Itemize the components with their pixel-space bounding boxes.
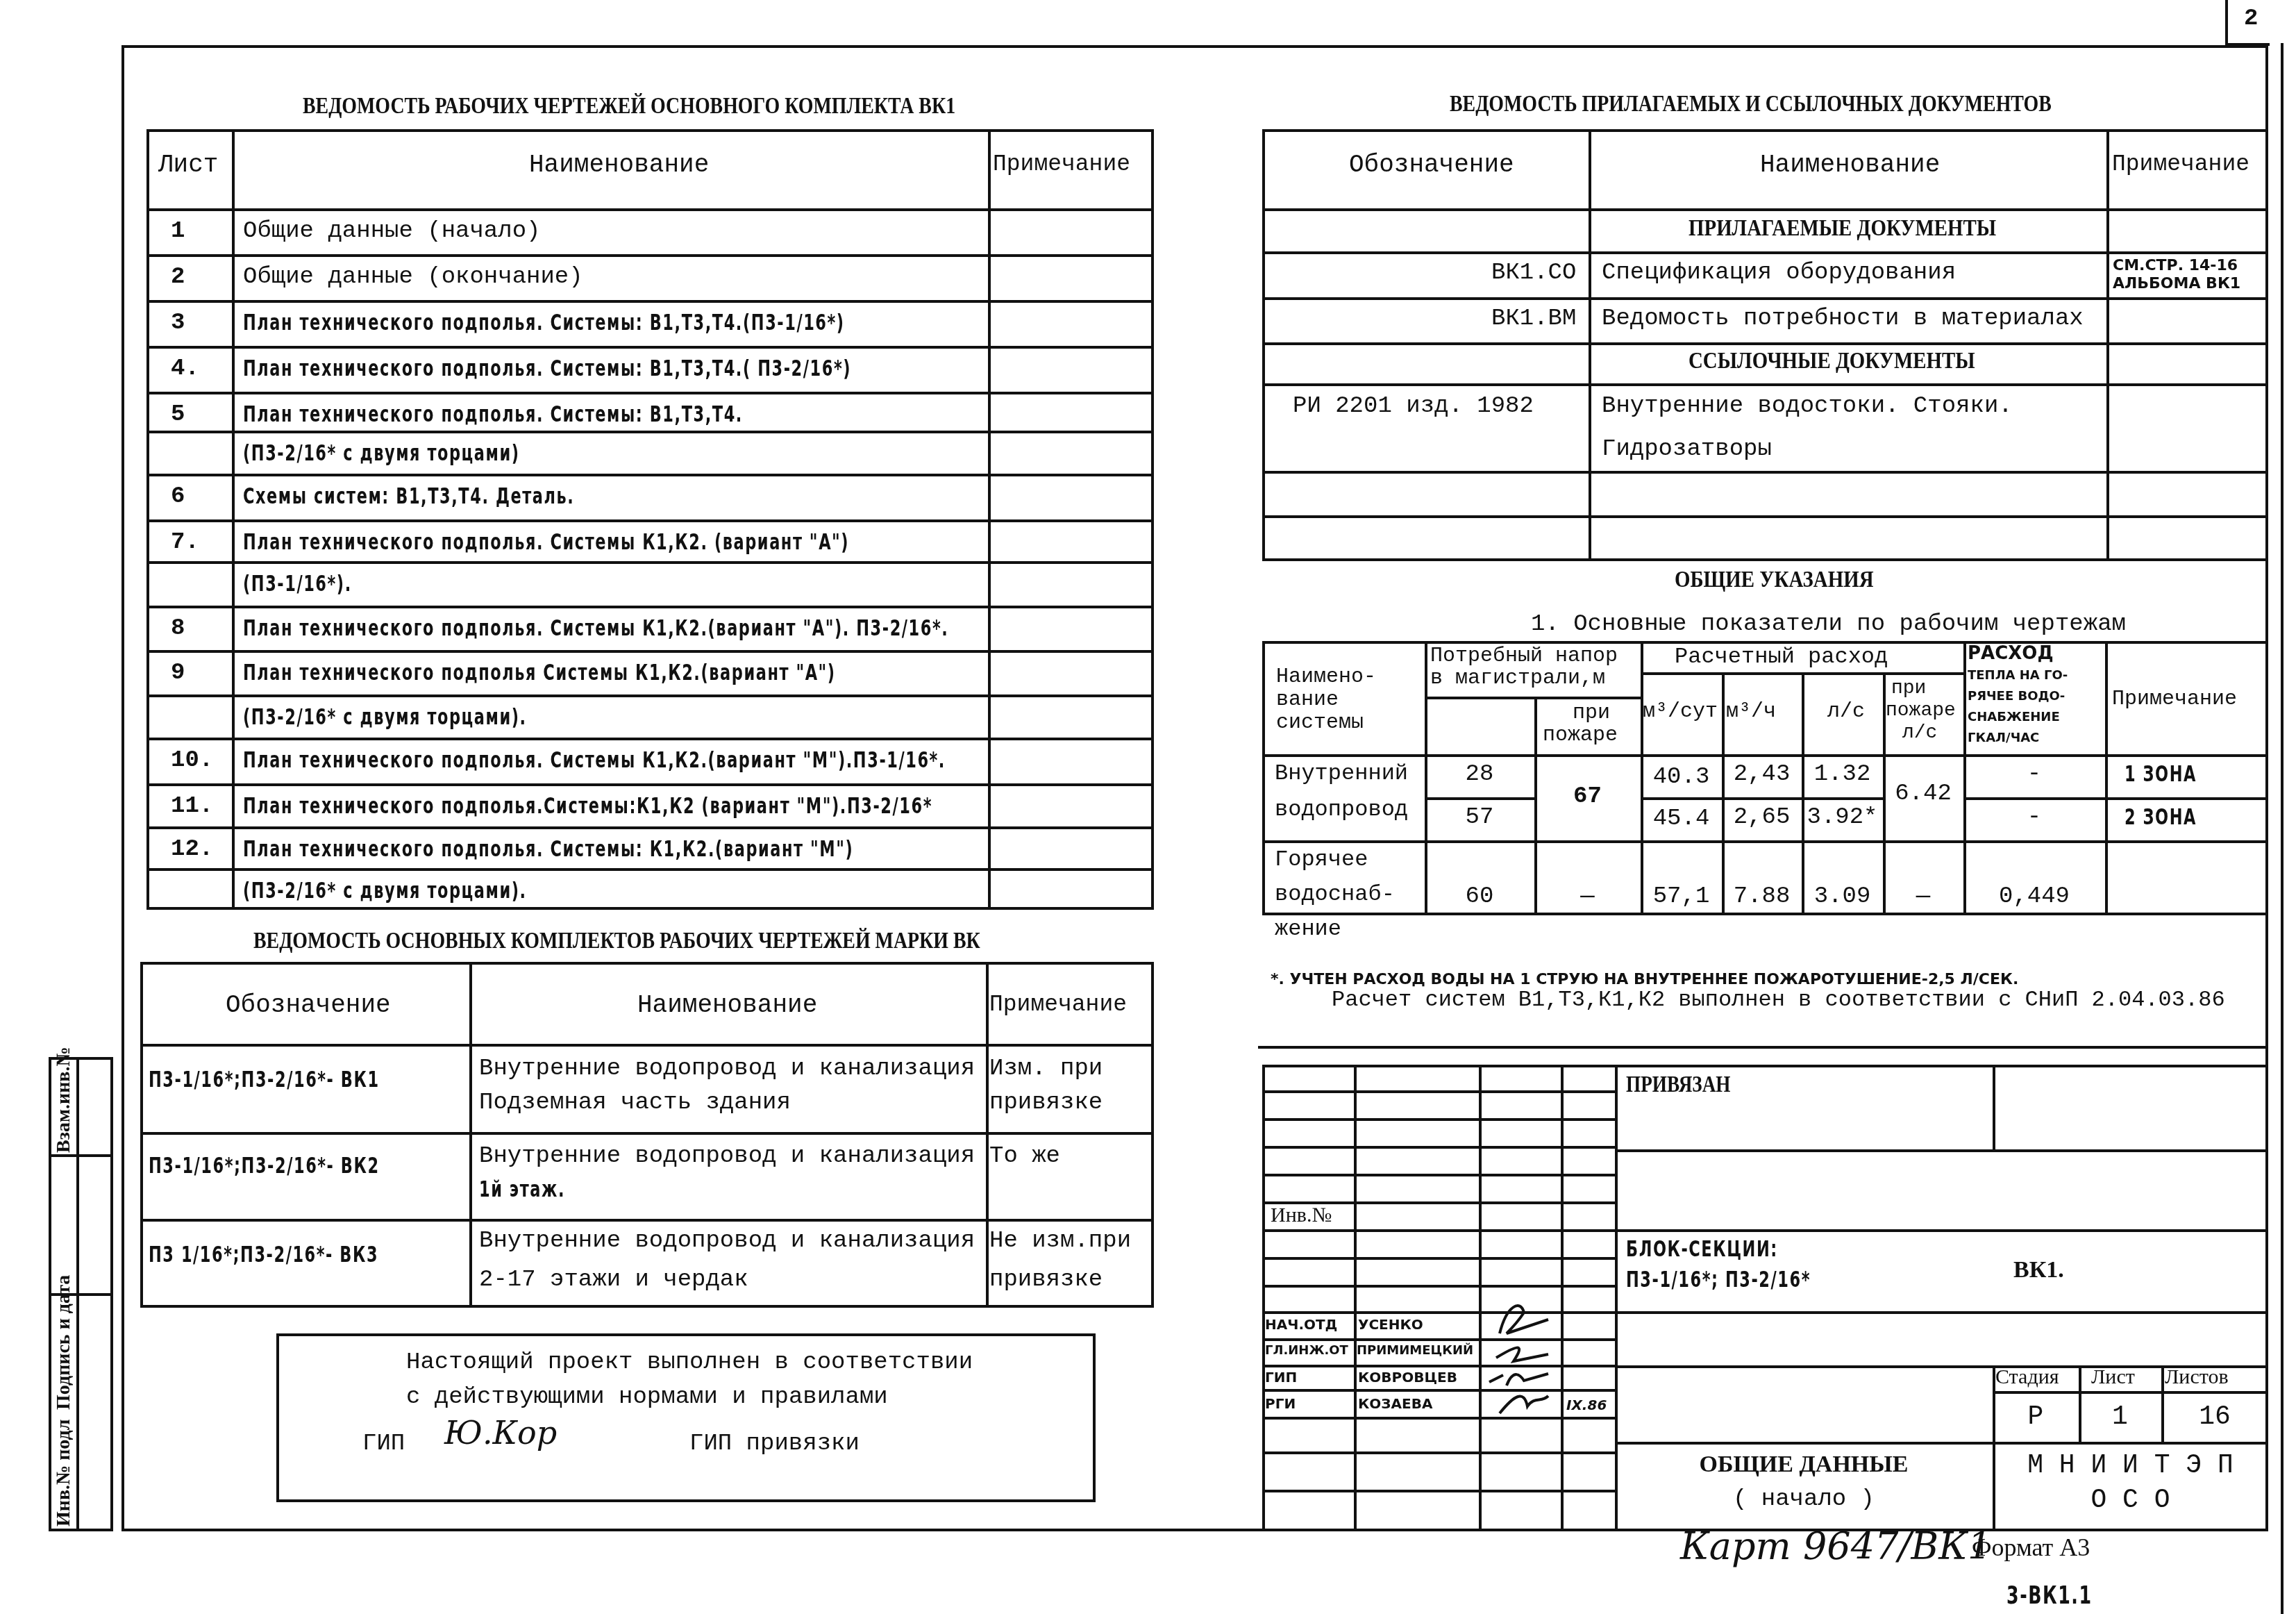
attached-header-note: Примечание [2112,153,2249,176]
doc-title-line2: ( начало ) [1615,1488,1993,1511]
base-sets-header-name: Наименование [637,993,817,1018]
ind-h-system-1: Наимено- [1276,667,1376,688]
stage-label: Стадия [1995,1367,2059,1388]
margin-podpis-data: Подпись и дата [54,1275,74,1410]
drawings-header-name: Наименование [529,153,709,178]
ind-system-line1: Горячее [1275,849,1368,871]
sheets-label: Листов [2165,1367,2229,1388]
drawing-sheet-number: 1 [171,219,185,243]
ind-note-zone2: 2 ЗОНА [2125,806,2197,828]
drawing-name: Общие данные (окончание) [243,265,583,289]
ind-pressure-zone2: 57 [1425,806,1534,829]
org-line2: О С О [1993,1488,2268,1514]
base-set-code: П3-1/16*;П3-2/16*- ВК1 [149,1068,380,1090]
gip-signature: Ю.Кор [444,1417,557,1449]
ind-h-heat-3: РЯЧЕЕ ВОДО- [1968,688,2065,706]
staff-role: НАЧ.ОТД [1265,1315,1337,1333]
drawing-name: План технического подполья. Системы: В1,… [243,311,845,333]
ind-h-flow: Расчетный расход [1675,646,1888,668]
base-set-name-line1: Внутренние водопровод и канализация [479,1145,975,1168]
ind-pressure-zone1: 28 [1425,763,1534,786]
ind-h-m3h: м³/ч [1726,701,1776,722]
base-set-name-line2: 2-17 этажи и чердак [479,1268,748,1292]
ind-m3h: 7.88 [1722,885,1802,908]
ind-system-line2: водоснаб- [1275,883,1395,906]
drawing-name: План технического подполья. Системы: В1,… [243,357,851,379]
general-notes-title: ОБЩИЕ УКАЗАНИЯ [1675,568,1874,592]
ind-heat: 0,449 [1963,885,2105,908]
drawing-sheet-number: 3 [171,311,185,335]
privyazan-label: ПРИВЯЗАН [1626,1073,1731,1097]
title-block-top-rule [1258,1046,2268,1049]
block-sections-value: П3-1/16*; П3-2/16* [1626,1268,1811,1290]
attached-doc-name: Спецификация оборудования [1602,261,1956,285]
compliance-line2: с действующими нормами и правилами [406,1386,888,1409]
format-label: Формат А3 [1972,1535,2090,1560]
ind-pressure-fire: — [1534,885,1641,908]
doc-code: ВК1. [2013,1258,2064,1282]
attached-docs-title: ВЕДОМОСТЬ ПРИЛАГАЕМЫХ И ССЫЛОЧНЫХ ДОКУМЕ… [1450,92,2052,116]
ind-h-heat-2: ТЕПЛА НА ГО- [1968,667,2068,685]
base-set-note-line1: Изм. при [989,1057,1103,1081]
base-set-name-line1: Внутренние водопровод и канализация [479,1229,975,1253]
drawing-name: План технического подполья. Системы К1,К… [243,531,849,553]
staff-name: КОЗАЕВА [1358,1395,1432,1413]
ind-system-line3: жение [1275,918,1341,940]
base-sets-header-note: Примечание [989,993,1127,1016]
ind-m3day: 57,1 [1641,885,1722,908]
base-set-code: П3 1/16*;П3-2/16*- ВК3 [149,1243,378,1265]
ind-h-pressure-fire-2: пожаре [1543,725,1618,746]
drawing-sheet-number: 4. [171,357,199,381]
base-set-note-line1: То же [989,1145,1060,1168]
base-set-name-line1: Внутренние водопровод и канализация [479,1057,975,1081]
corner-sheet-number: 2 [2244,7,2258,31]
base-set-note-line2: привязке [989,1268,1103,1292]
ind-ls-zone1: 1.32 [1802,763,1883,786]
base-sets-header-code: Обозначение [226,993,391,1018]
ind-m3h-zone1: 2,43 [1722,763,1802,786]
drawing-name: (П3-2/16* с двумя торцами). [243,879,527,901]
drawing-sheet-number: 10. [171,749,213,772]
drawing-name: (П3-2/16* с двумя торцами) [243,442,520,464]
base-set-code: П3-1/16*;П3-2/16*- ВК2 [149,1154,380,1176]
ind-h-ls: л/с [1827,701,1865,722]
ind-ls-zone2: 3.92* [1802,806,1883,829]
ind-heat-zone2: - [1963,806,2105,829]
footer-code: 3-ВК1.1 [2006,1583,2093,1608]
ind-system-line2: водопровод [1275,799,1408,821]
attached-docs-table [1262,129,2268,561]
attached-doc-note-line2: АЛЬБОМА ВК1 [2113,275,2240,293]
ind-fire-ls: 6.42 [1883,782,1963,806]
staff-name: ПРИМИМЕЦКИЙ [1357,1342,1473,1360]
drawings-header-sheet: Лист [158,153,218,178]
ind-h-pressure-fire-1: при [1573,703,1610,724]
handwritten-archive-no: Карт 9647/ВК1 [1680,1528,1991,1565]
stage-value: Р [1993,1404,2079,1431]
drawing-sheet-number: 12. [171,838,213,861]
calc-note: Расчет систем В1,Т3,К1,К2 выполнен в соо… [1332,989,2225,1011]
staff-role: РГИ [1265,1395,1296,1413]
drawings-list-title: ВЕДОМОСТЬ РАБОЧИХ ЧЕРТЕЖЕЙ ОСНОВНОГО КОМ… [303,94,955,118]
right-edge-line [2281,43,2284,1614]
ind-m3day-zone1: 40.3 [1641,765,1722,789]
margin-inv-podl: Инв.№ подл [54,1420,74,1526]
ind-pressure: 60 [1425,885,1534,908]
ind-fire-ls: — [1883,885,1963,908]
drawing-name: Схемы систем: В1,Т3,Т4. Деталь. [243,485,574,507]
base-sets-title: ВЕДОМОСТЬ ОСНОВНЫХ КОМПЛЕКТОВ РАБОЧИХ ЧЕ… [253,929,980,953]
base-set-name-line2: 1й этаж. [479,1178,565,1200]
drawing-sheet-number: 6 [171,485,185,508]
ind-pressure-fire: 67 [1534,785,1641,808]
drawing-sheet-number: 7. [171,531,199,554]
doc-title-line1: ОБЩИЕ ДАННЫЕ [1615,1453,1993,1476]
drawing-name: План технического подполья. Системы К1,К… [243,617,948,639]
ind-h-fire-ls-1: при [1891,679,1926,699]
gip-binding-label: ГИП привязки [689,1432,860,1456]
base-set-note-line1: Не изм.при [989,1229,1131,1253]
drawing-sheet-number: 5 [171,403,185,426]
ind-note-zone1: 1 ЗОНА [2125,763,2197,785]
ind-h-system-3: системы [1276,713,1364,733]
general-notes-subtitle: 1. Основные показатели по рабочим чертеж… [1531,613,2126,636]
ind-h-pressure-1: Потребный напор [1430,646,1618,667]
attached-doc-name: Ведомость потребности в материалах [1602,307,2084,331]
ind-m3day-zone2: 45.4 [1641,807,1722,831]
ind-h-heat-4: СНАБЖЕНИЕ [1968,708,2060,726]
reference-doc-code: РИ 2201 изд. 1982 [1293,394,1534,418]
drawing-name: Общие данные (начало) [243,219,540,243]
block-sections-label: БЛОК-СЕКЦИИ: [1626,1238,1778,1260]
ind-h-heat-5: ГКАЛ/ЧАС [1968,729,2039,747]
section-reference-docs: ССЫЛОЧНЫЕ ДОКУМЕНТЫ [1689,349,1975,373]
drawings-header-note: Примечание [993,153,1130,176]
ind-h-note: Примечание [2112,689,2237,710]
attached-doc-code: ВК1.СО [1491,261,1576,285]
drawing-name: План технического подполья. Системы: К1,… [243,838,853,860]
ind-h-m3day: м³/сут [1643,701,1718,722]
reference-doc-name-line2: Гидрозатворы [1602,438,1772,461]
ind-m3h-zone2: 2,65 [1722,806,1802,829]
staff-name: УСЕНКО [1358,1315,1423,1333]
sheet-label: Лист [2091,1367,2135,1388]
ind-heat-zone1: - [1963,763,2105,786]
base-set-note-line2: привязке [989,1091,1103,1115]
inv-no-label: Инв.№ [1271,1205,1332,1226]
staff-name: КОВРОВЦЕВ [1358,1368,1457,1386]
drawing-name: План технического подполья Системы К1,К2… [243,661,836,683]
attached-doc-note-line1: СМ.СТР. 14-16 [2113,257,2238,275]
compliance-line1: Настоящий проект выполнен в соответствии [406,1351,973,1374]
reference-doc-name-line1: Внутренние водостоки. Стояки. [1602,394,2013,418]
sheet-value: 1 [2079,1404,2161,1431]
attached-header-code: Обозначение [1349,153,1514,178]
ind-h-pressure-2: в магистрали,м [1430,668,1605,689]
staff-role: ГЛ.ИНЖ.ОТ [1265,1342,1348,1360]
drawing-name: План технического подполья. Системы К1,К… [243,749,946,771]
org-line1: М Н И И Т Э П [1993,1453,2268,1479]
ind-h-fire-ls-2: пожаре [1886,701,1956,721]
gip-label: ГИП [362,1432,405,1456]
ind-h-heat-1: РАСХОД [1968,644,2054,663]
drawing-sheet-number: 11. [171,794,213,818]
attached-doc-code: ВК1.ВМ [1491,307,1576,331]
ind-ls: 3.09 [1802,885,1883,908]
base-set-name-line2: Подземная часть здания [479,1091,791,1115]
drawing-sheet-number: 9 [171,661,185,685]
section-attached-docs: ПРИЛАГАЕМЫЕ ДОКУМЕНТЫ [1689,217,1996,240]
drawing-name: План технического подполья. Системы: В1,… [243,403,743,425]
drawing-name: План технического подполья.Системы:К1,К2… [243,794,932,817]
margin-vzam-inv: Взам.инв.№ [54,1047,74,1153]
drawing-name: (П3-1/16*). [243,572,352,594]
drawing-sheet-number: 8 [171,617,185,640]
drawing-sheet-number: 2 [171,265,185,289]
attached-header-name: Наименование [1760,153,1940,178]
ind-h-system-2: вание [1276,690,1339,710]
ind-h-fire-ls-3: л/с [1902,724,1937,743]
drawing-name: (П3-2/16* с двумя торцами). [243,706,527,728]
ind-system-line1: Внутренний [1275,763,1408,785]
sheets-value: 16 [2161,1404,2268,1431]
signatures-icon [1486,1292,1576,1424]
staff-role: ГИП [1265,1368,1297,1386]
